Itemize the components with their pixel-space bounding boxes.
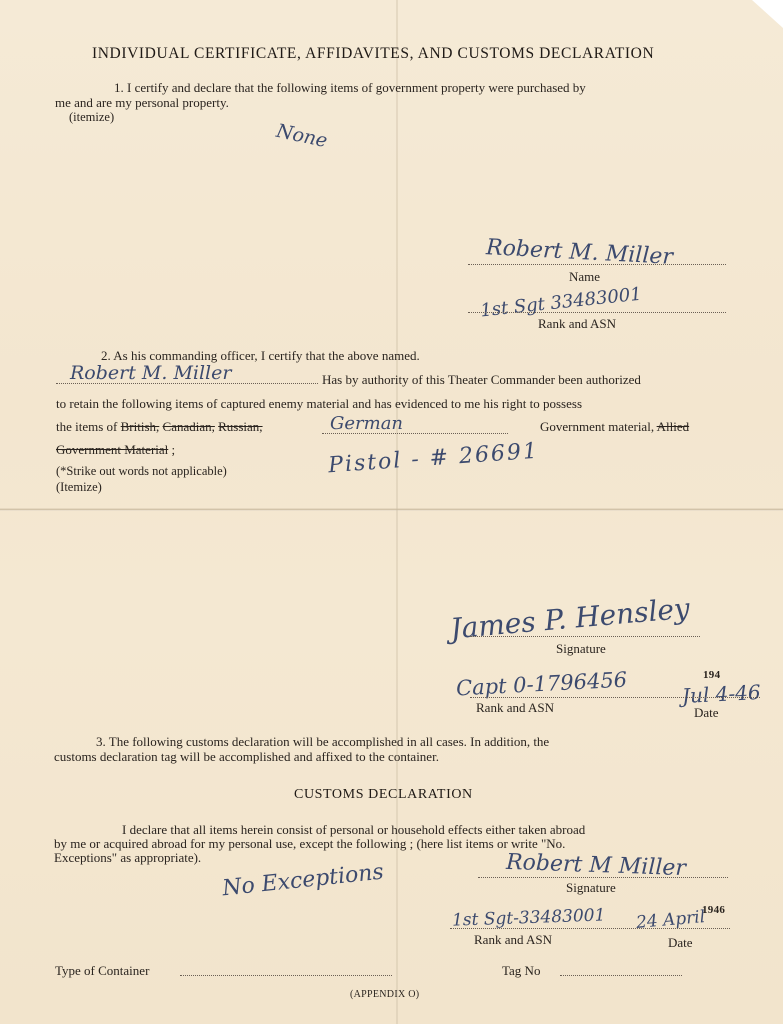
section2-govt-material-text: Government material, bbox=[540, 419, 654, 434]
section2-date-label: Date bbox=[694, 705, 719, 721]
section2-nationality-line bbox=[322, 433, 508, 434]
section1-line2: me and are my personal property. bbox=[55, 95, 229, 111]
customs-date-prefix: 1946 bbox=[702, 904, 725, 916]
tag-number-label: Tag No bbox=[502, 963, 540, 979]
section1-rank-line bbox=[468, 312, 726, 313]
section1-rank-asn-label: Rank and ASN bbox=[538, 316, 616, 332]
section1-items-handwritten[interactable]: None bbox=[274, 120, 329, 152]
section3-line2: customs declaration tag will be accompli… bbox=[54, 749, 439, 765]
section2-items-handwritten[interactable]: Pistol - # 26691 bbox=[327, 439, 539, 479]
section2-named-line bbox=[56, 383, 318, 384]
struck-allied: Allied bbox=[657, 419, 690, 434]
customs-date-label: Date bbox=[668, 935, 693, 951]
section1-name-line bbox=[468, 264, 726, 265]
struck-government-material: Government Material bbox=[56, 442, 168, 457]
customs-date-value[interactable]: 24 April bbox=[635, 907, 706, 933]
customs-rank-date-line bbox=[450, 928, 730, 929]
section1-line1: 1. I certify and declare that the follow… bbox=[114, 80, 586, 96]
section2-line2: to retain the following items of capture… bbox=[56, 396, 582, 412]
customs-exceptions-handwritten[interactable]: No Exceptions bbox=[221, 860, 385, 902]
section2-date-value[interactable]: Jul 4-46 bbox=[681, 680, 761, 708]
section1-name-label: Name bbox=[569, 269, 600, 285]
section3-line1: 3. The following customs declaration wil… bbox=[96, 734, 549, 750]
section2-nationality-value[interactable]: German bbox=[330, 413, 403, 434]
container-type-label: Type of Container bbox=[55, 963, 149, 979]
section2-line3: the items of British, Canadian, Russian, bbox=[56, 419, 263, 435]
customs-signature-line bbox=[478, 877, 728, 878]
container-type-field[interactable] bbox=[180, 975, 392, 976]
section2-signature-label: Signature bbox=[556, 641, 606, 657]
customs-heading: CUSTOMS DECLARATION bbox=[294, 787, 473, 803]
fold-crease-horizontal bbox=[0, 508, 783, 511]
document-title: INDIVIDUAL CERTIFICATE, AFFIDAVITES, AND… bbox=[92, 45, 654, 63]
section2-line1: Has by authority of this Theater Command… bbox=[322, 372, 641, 388]
customs-rank-asn-value[interactable]: 1st Sgt-33483001 bbox=[452, 905, 606, 930]
fold-crease-vertical bbox=[396, 0, 398, 1024]
section1-itemize-label: (itemize) bbox=[69, 110, 114, 125]
section2-line4-suffix: ; bbox=[172, 442, 176, 457]
section2-signature-line bbox=[470, 636, 700, 637]
struck-option-canadian: Canadian, bbox=[163, 419, 215, 434]
appendix-footer: (APPENDIX O) bbox=[350, 989, 419, 1000]
section2-line3-prefix: the items of bbox=[56, 419, 117, 434]
customs-rank-asn-label: Rank and ASN bbox=[474, 932, 552, 948]
tag-number-field[interactable] bbox=[560, 975, 682, 976]
customs-signature-label: Signature bbox=[566, 880, 616, 896]
section2-strike-note: (*Strike out words not applicable) bbox=[56, 464, 227, 479]
customs-line3: Exceptions" as appropriate). bbox=[54, 850, 201, 866]
section2-line3-suffix: Government material, Allied bbox=[540, 419, 689, 435]
struck-option-british: British, bbox=[121, 419, 160, 434]
document-page: INDIVIDUAL CERTIFICATE, AFFIDAVITES, AND… bbox=[0, 0, 783, 1024]
section2-date-prefix: 194 bbox=[703, 669, 720, 681]
section2-rank-asn-value[interactable]: Capt 0-1796456 bbox=[455, 668, 627, 701]
section2-rank-asn-label: Rank and ASN bbox=[476, 700, 554, 716]
section2-officer-signature[interactable]: James P. Hensley bbox=[449, 592, 691, 646]
section2-rank-date-line bbox=[470, 697, 760, 698]
section2-line4: Government Material ; bbox=[56, 442, 175, 458]
struck-option-russian: Russian, bbox=[218, 419, 262, 434]
section2-itemize-label: (Itemize) bbox=[56, 480, 102, 495]
section2-named-person[interactable]: Robert M. Miller bbox=[70, 362, 231, 384]
